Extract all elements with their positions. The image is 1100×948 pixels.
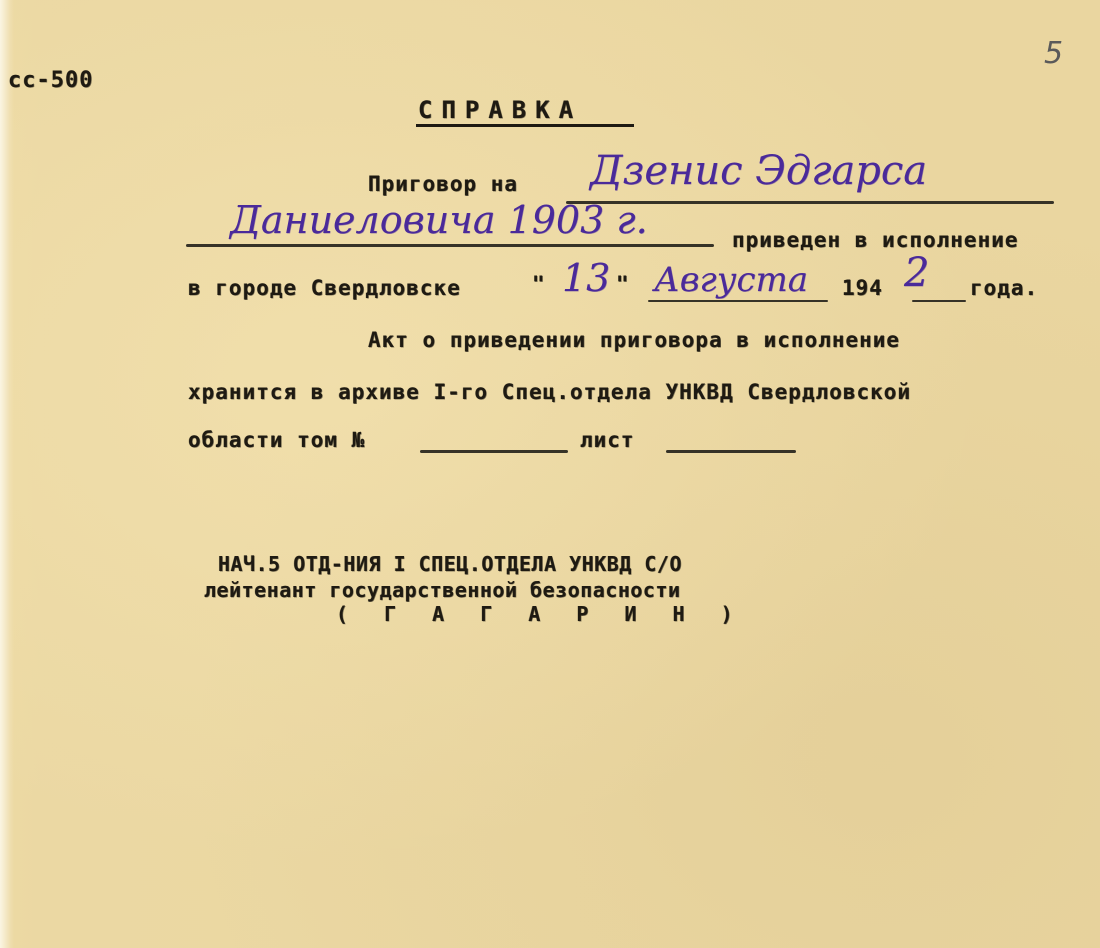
- fill-line-volume: [420, 450, 568, 453]
- title-underline: [416, 124, 634, 127]
- archive-code: сс-500: [8, 68, 93, 93]
- body-line6-sheet-label: лист: [580, 428, 635, 452]
- convict-name-handwritten: Дзенис Эдгарса: [590, 148, 927, 194]
- quote-open: ": [532, 272, 546, 296]
- page-number-pencil: 5: [1044, 36, 1063, 71]
- body-line4-typed: Акт о приведении приговора в исполнение: [368, 328, 900, 352]
- body-line1-typed: Приговор на: [368, 172, 518, 196]
- year-prefix: 194: [842, 276, 883, 300]
- document-page: сс-500 5 СПРАВКА Приговор на Дзенис Эдга…: [0, 0, 1100, 948]
- fill-line-patronymic: [186, 244, 714, 247]
- signature-title: НАЧ.5 ОТД-НИЯ I СПЕЦ.ОТДЕЛА УНКВД С/О: [218, 552, 682, 576]
- convict-patronymic-year-handwritten: Даниеловича 1903 г.: [230, 198, 648, 242]
- paper-edge: [0, 0, 10, 948]
- body-line5-typed: хранится в архиве I-го Спец.отдела УНКВД…: [188, 380, 911, 404]
- fill-line-year: [912, 300, 966, 302]
- body-line2-typed: приведен в исполнение: [732, 228, 1019, 252]
- body-line3-city: в городе Свердловске: [188, 276, 461, 300]
- signature-rank: лейтенант государственной безопасности: [204, 578, 681, 602]
- signature-name: ( Г А Г А Р И Н ): [336, 602, 745, 626]
- body-line3-year-word: года.: [970, 276, 1038, 300]
- execution-month-handwritten: Августа: [654, 260, 808, 300]
- execution-day-handwritten: 13: [562, 256, 610, 300]
- fill-line-sheet: [666, 450, 796, 453]
- fill-line-month: [648, 300, 828, 302]
- document-title: СПРАВКА: [418, 96, 582, 124]
- quote-close: ": [616, 272, 630, 296]
- body-line6-volume-label: области том №: [188, 428, 365, 452]
- execution-year-digit-handwritten: 2: [904, 250, 929, 296]
